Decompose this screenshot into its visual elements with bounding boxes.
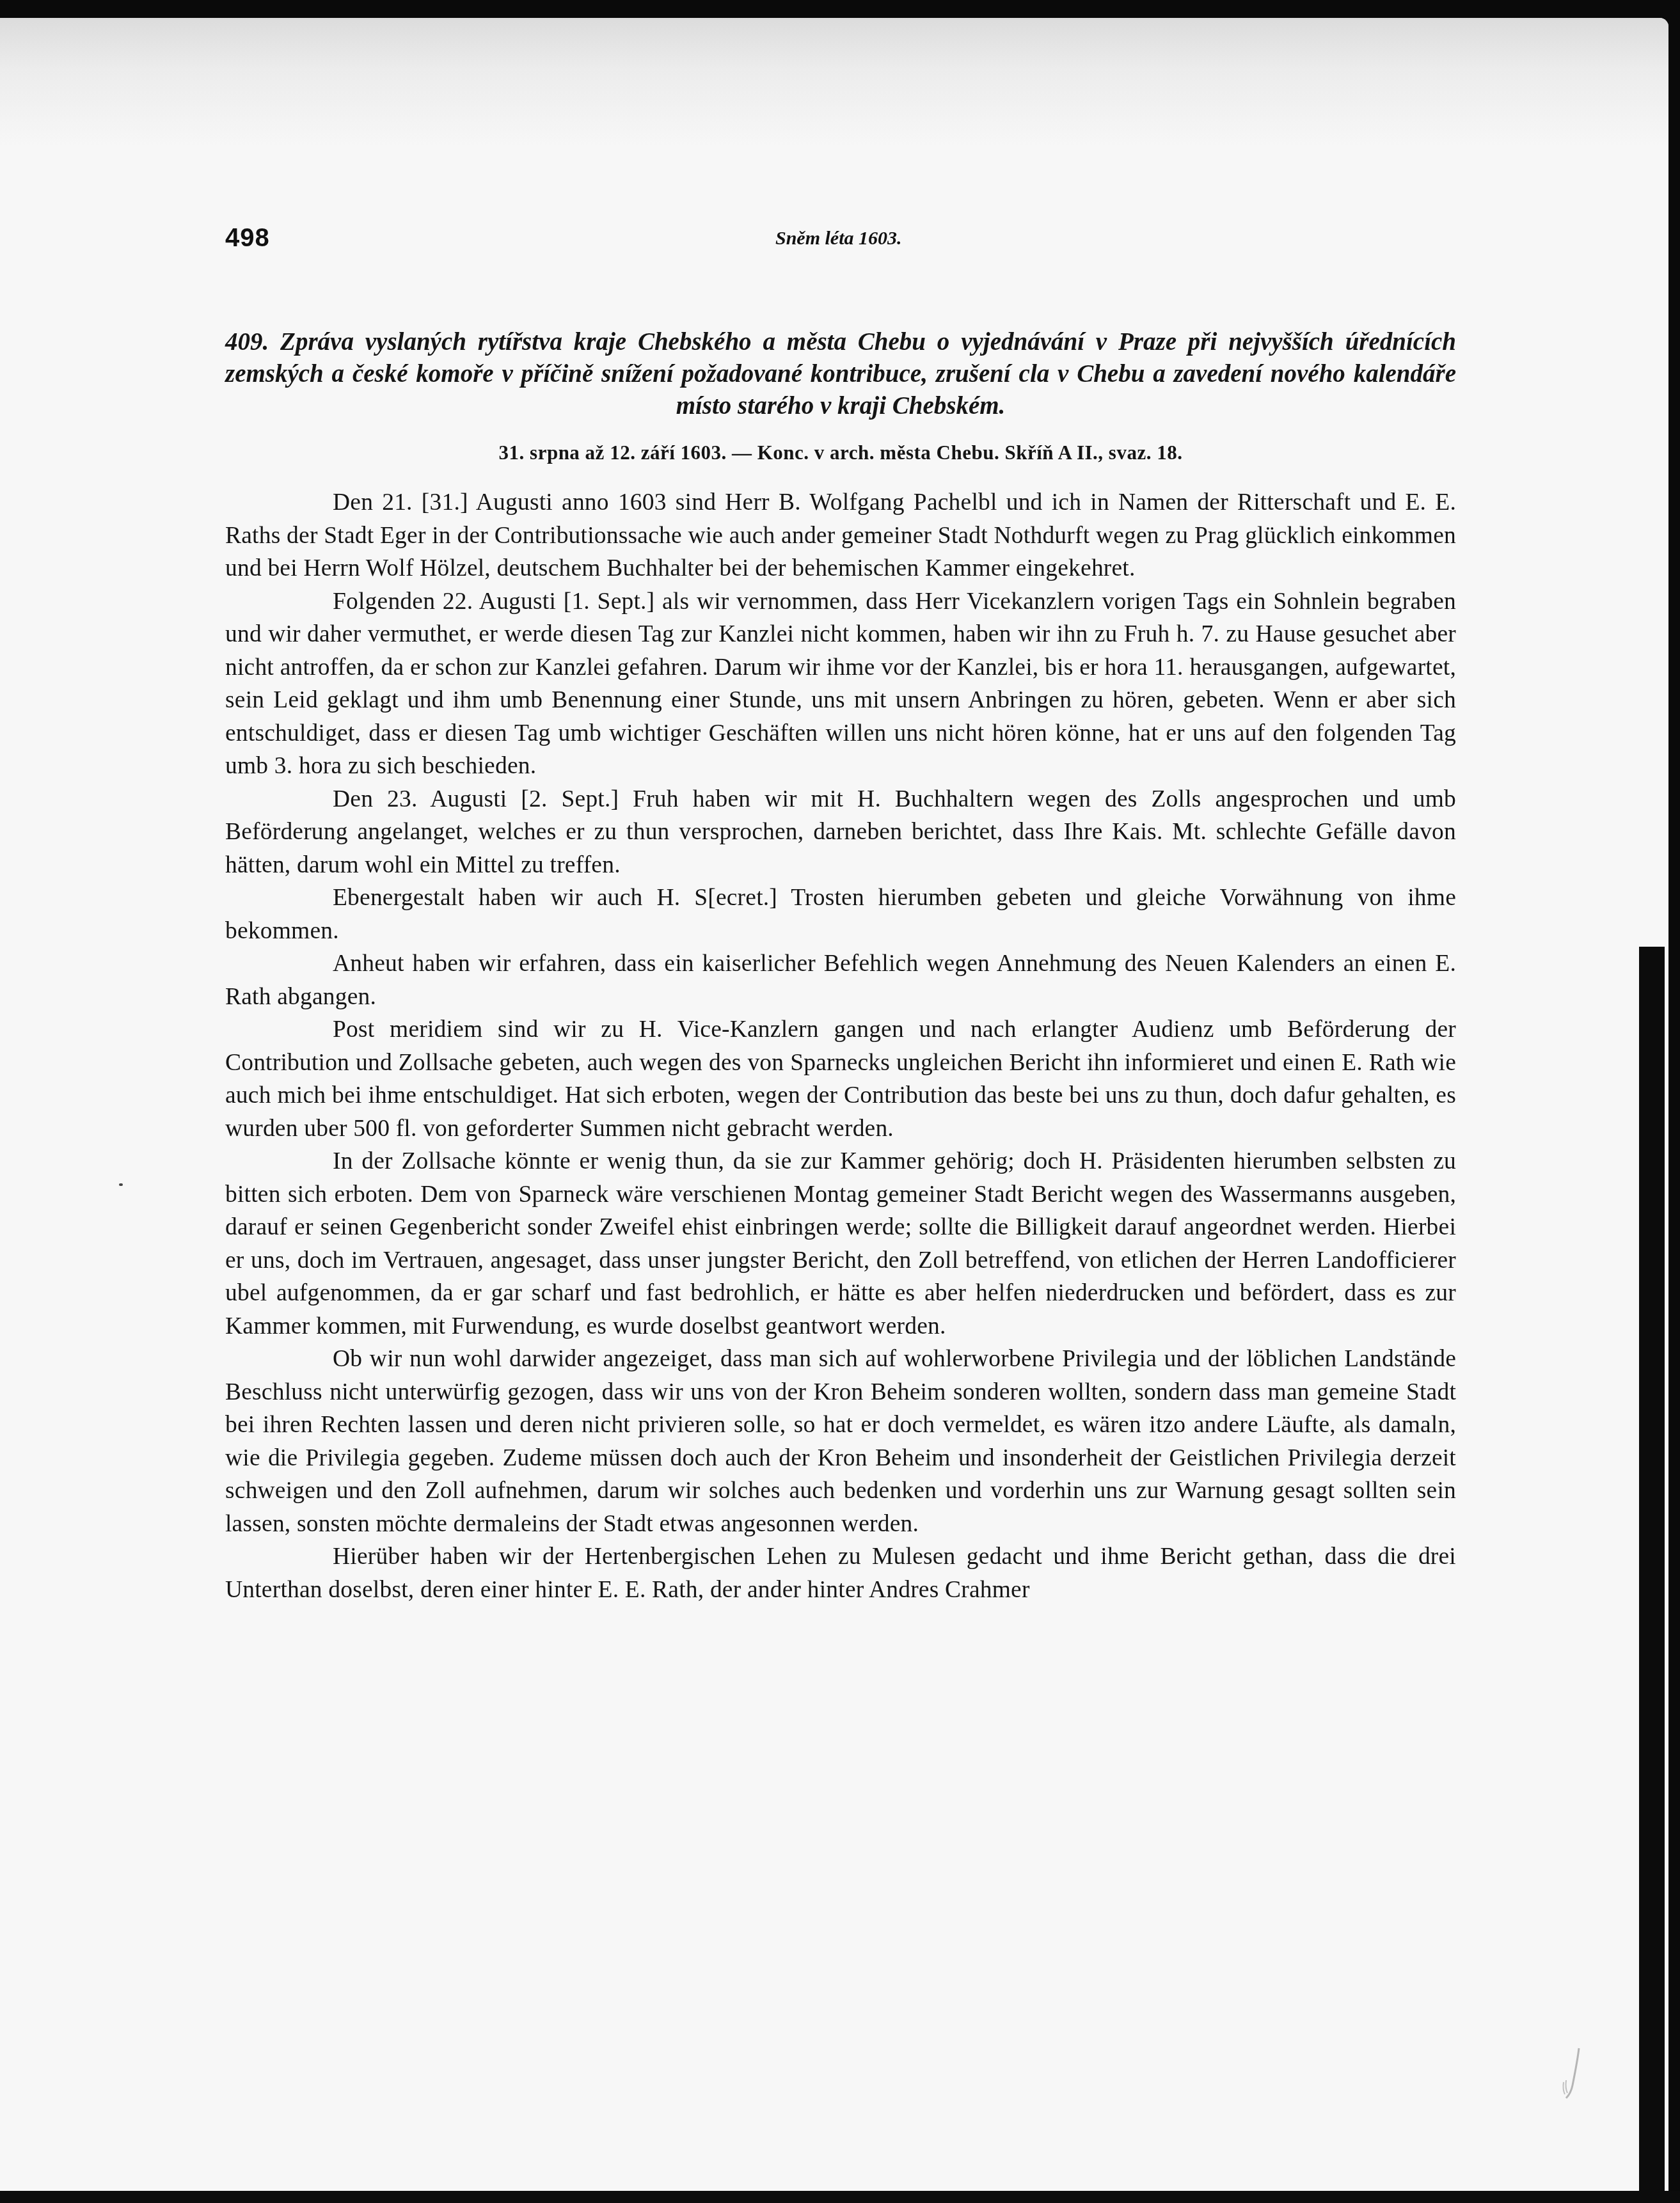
document-number: 409. bbox=[225, 328, 269, 356]
paragraph: Hierüber haben wir der Hertenbergischen … bbox=[225, 1540, 1456, 1606]
page-number: 498 bbox=[225, 224, 270, 253]
paragraph: Ebenergestalt haben wir auch H. S[ecret.… bbox=[225, 881, 1456, 947]
paragraph: Den 23. Augusti [2. Sept.] Fruh haben wi… bbox=[225, 783, 1456, 882]
body-text: Den 21. [31.] Augusti anno 1603 sind Her… bbox=[225, 486, 1456, 1606]
document-heading: 409. Zpráva vyslaných rytířstva kraje Ch… bbox=[225, 326, 1456, 422]
scan-border-right bbox=[1668, 0, 1680, 2203]
source-citation: 31. srpna až 12. září 1603. — Konc. v ar… bbox=[225, 441, 1456, 464]
scan-shadow bbox=[0, 18, 1668, 146]
margin-speck bbox=[119, 1183, 123, 1186]
paragraph: Ob wir nun wohl darwider angezeiget, das… bbox=[225, 1343, 1456, 1540]
document-heading-text: Zpráva vyslaných rytířstva kraje Chebské… bbox=[225, 328, 1456, 420]
scan-frame-right bbox=[1639, 947, 1665, 2203]
running-head: 498 Sněm léta 1603. bbox=[225, 224, 1456, 262]
paragraph: Folgenden 22. Augusti [1. Sept.] als wir… bbox=[225, 585, 1456, 783]
scan-frame-bottom bbox=[0, 2191, 1680, 2203]
running-title: Sněm léta 1603. bbox=[775, 228, 902, 249]
paragraph: Anheut haben wir erfahren, dass ein kais… bbox=[225, 947, 1456, 1013]
paragraph: Den 21. [31.] Augusti anno 1603 sind Her… bbox=[225, 486, 1456, 585]
paragraph: Post meridiem sind wir zu H. Vice-Kanzle… bbox=[225, 1013, 1456, 1145]
pencil-mark-icon bbox=[1560, 2047, 1585, 2111]
paragraph: In der Zollsache könnte er wenig thun, d… bbox=[225, 1145, 1456, 1343]
